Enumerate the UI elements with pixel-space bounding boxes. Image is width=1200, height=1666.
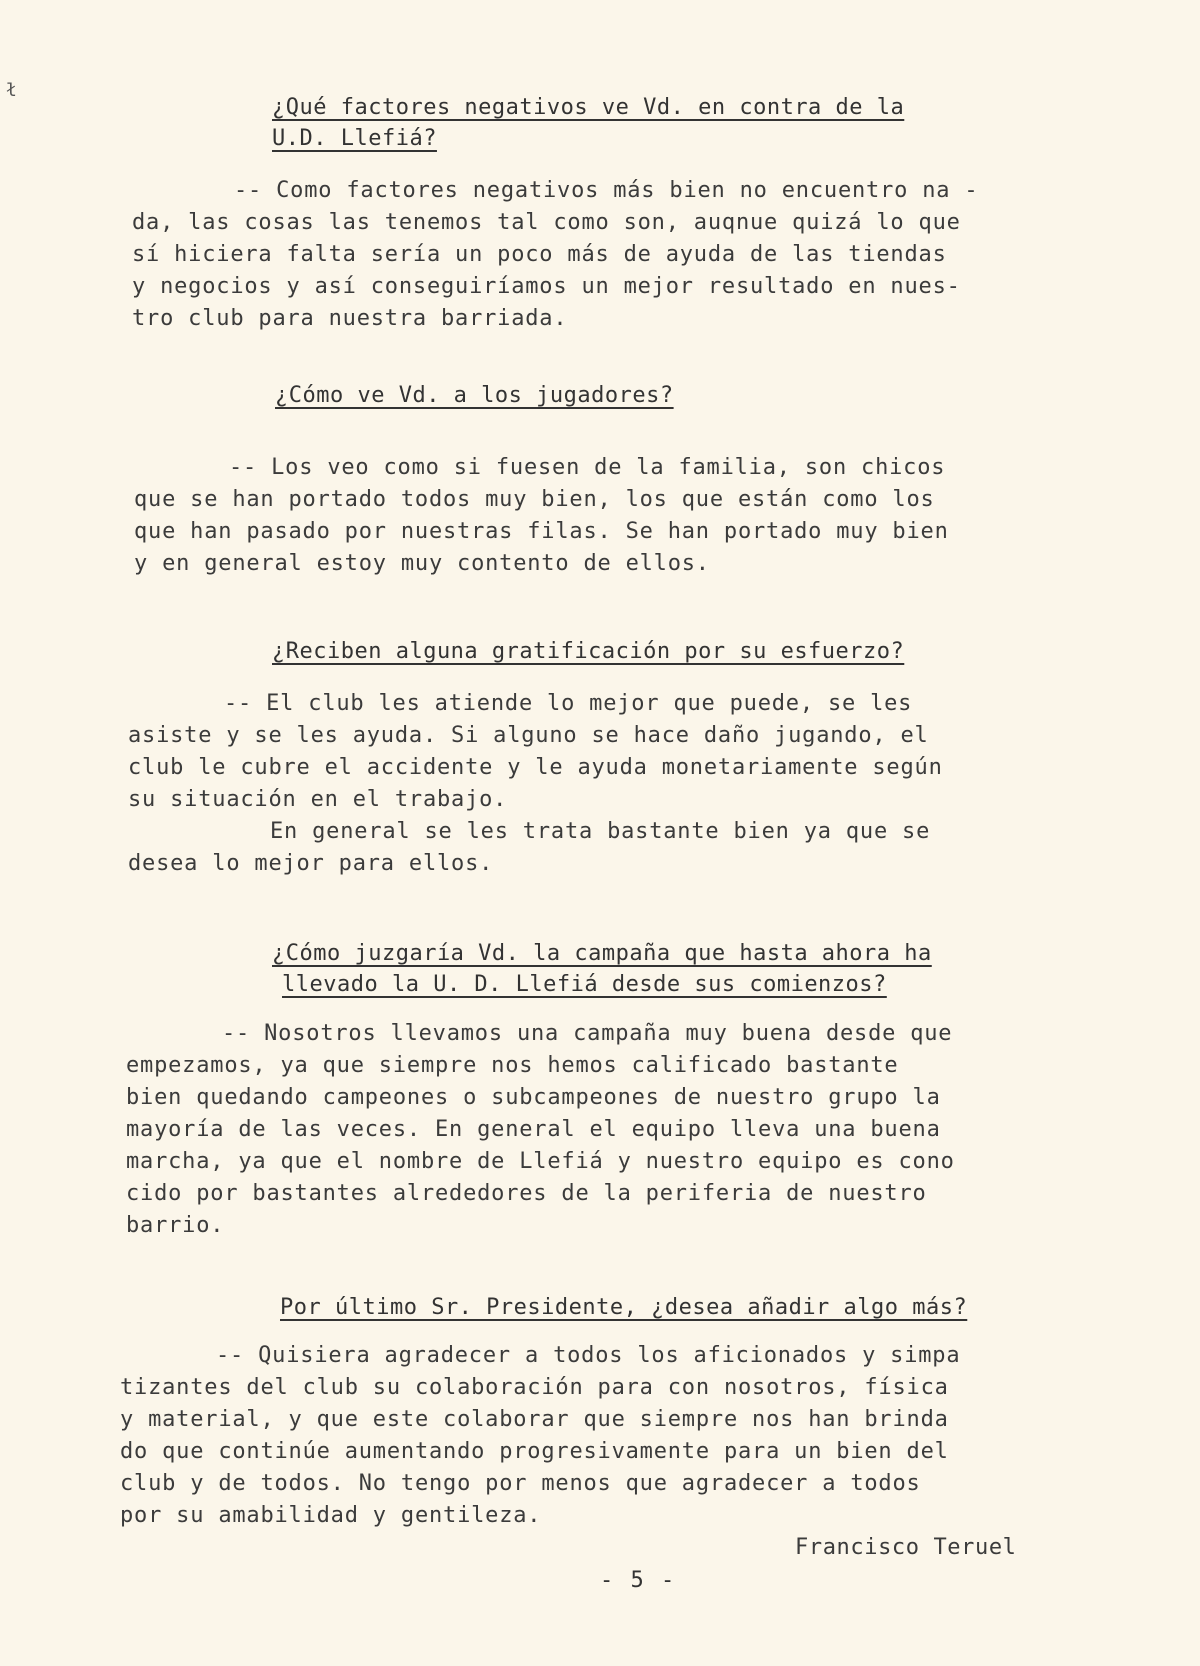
question-5: Por último Sr. Presidente, ¿desea añadir… <box>280 1292 967 1323</box>
answer-3: -- El club les atiende lo mejor que pued… <box>128 688 943 880</box>
answer-4: -- Nosotros llevamos una campaña muy bue… <box>126 1018 955 1242</box>
margin-mark: ł <box>6 80 17 101</box>
question-4: ¿Cómo juzgaría Vd. la campaña que hasta … <box>272 938 932 1000</box>
question-3: ¿Reciben alguna gratificación por su esf… <box>272 636 904 667</box>
question-2: ¿Cómo ve Vd. a los jugadores? <box>275 380 674 411</box>
answer-2: -- Los veo como si fuesen de la familia,… <box>134 452 949 580</box>
question-1: ¿Qué factores negativos ve Vd. en contra… <box>272 92 904 154</box>
signature: Francisco Teruel <box>795 1535 1017 1560</box>
answer-1: -- Como factores negativos más bien no e… <box>132 175 978 335</box>
document-page: ł ¿Qué factores negativos ve Vd. en cont… <box>0 0 1200 1666</box>
page-number: - 5 - <box>600 1568 676 1593</box>
answer-5: -- Quisiera agradecer a todos los aficio… <box>120 1340 960 1532</box>
